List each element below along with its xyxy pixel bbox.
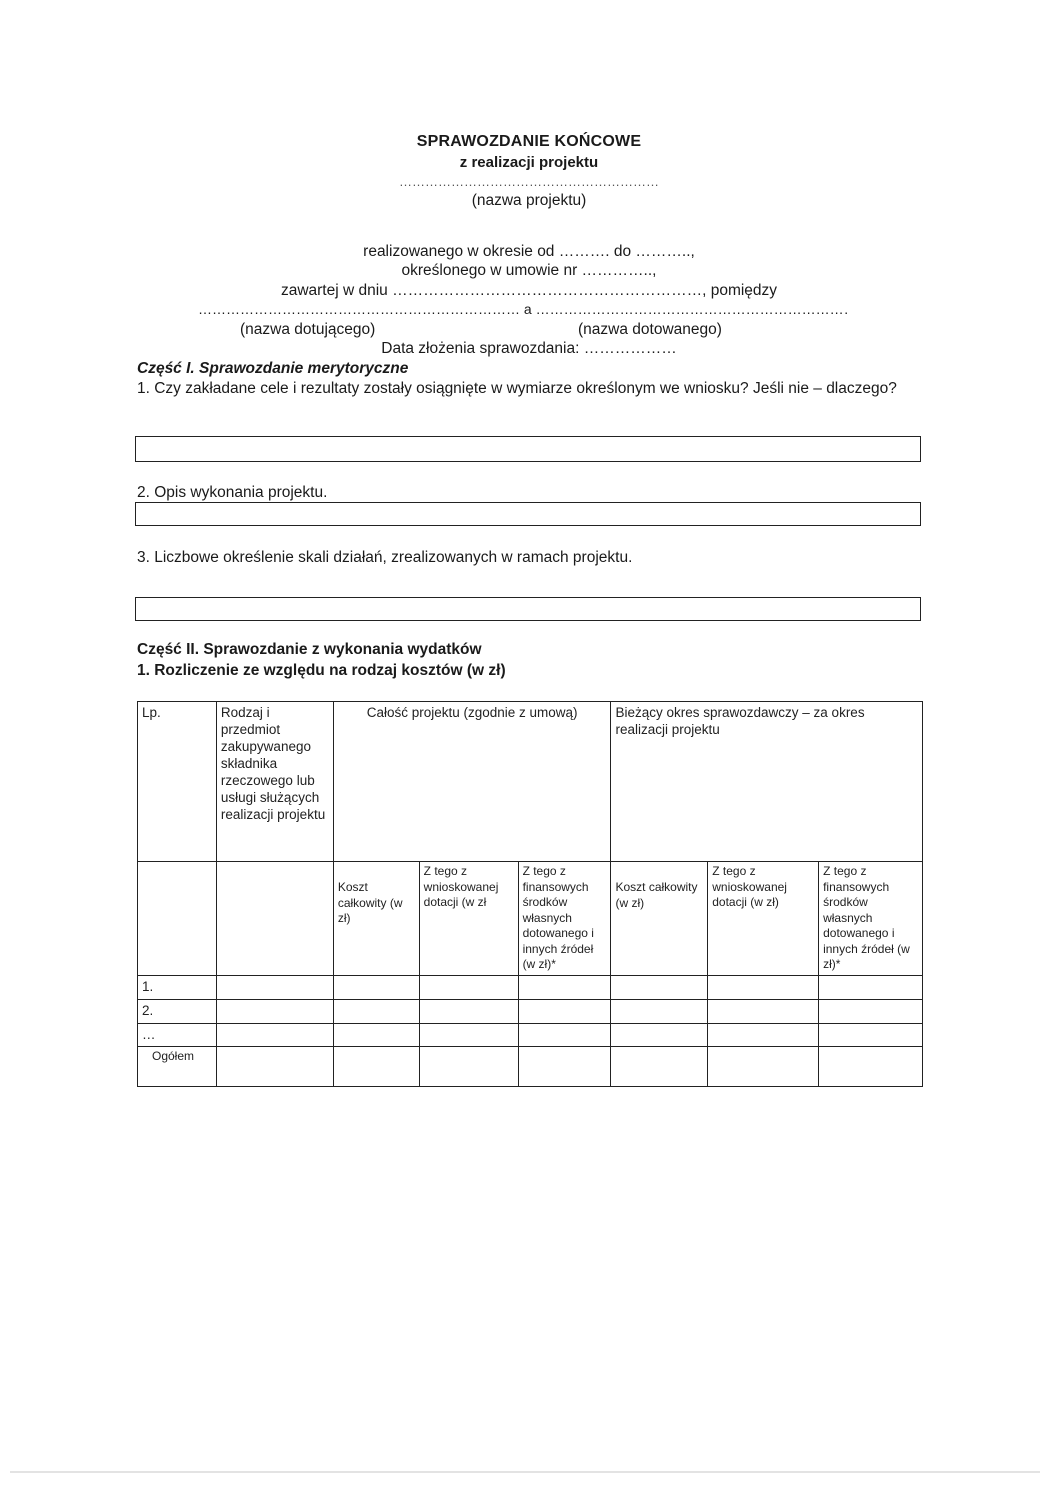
table-row: 2. — [138, 999, 923, 1023]
header-group-total: Całość projektu (zgodnie z umową) — [333, 702, 611, 862]
grantee-label: (nazwa dotowanego) — [578, 321, 722, 339]
answer-box-3[interactable] — [135, 597, 921, 621]
header-lp: Lp. — [138, 702, 217, 862]
project-name-label: (nazwa projektu) — [0, 192, 1058, 210]
header-current-grant: Z tego z wnioskowanej dotacji (w zł) — [708, 862, 819, 976]
part1-question-2: 2. Opis wykonania projektu. — [137, 484, 327, 502]
row-lp: 2. — [138, 999, 217, 1023]
header-total-cost: Koszt całkowity (w zł) — [333, 862, 419, 976]
part2-subheading: 1. Rozliczenie ze względu na rodzaj kosz… — [137, 662, 506, 680]
submission-date-line: Data złożenia sprawozdania: ……………… — [0, 340, 1058, 358]
document-subtitle: z realizacji projektu — [0, 154, 1058, 171]
header-current-cost: Koszt całkowity (w zł) — [611, 862, 708, 976]
contract-line: określonego w umowie nr ………….., — [0, 262, 1058, 280]
parties-line: …………………………………………………………… a ……………………………………… — [198, 301, 848, 317]
header-item-type: Rodzaj i przedmiot zakupywanego składnik… — [216, 702, 333, 862]
part1-question-1: 1. Czy zakładane cele i rezultaty został… — [137, 379, 927, 399]
row-total-label: Ogółem — [138, 1046, 217, 1086]
date-line: zawartej w dniu ……………………………………………………, po… — [0, 282, 1058, 300]
answer-box-1[interactable] — [135, 436, 921, 462]
row-lp: 1. — [138, 975, 217, 999]
part2-heading: Część II. Sprawozdanie z wykonania wydat… — [137, 641, 482, 659]
part1-heading: Część I. Sprawozdanie merytoryczne — [137, 360, 408, 378]
answer-box-2[interactable] — [135, 502, 921, 526]
table-row: … — [138, 1023, 923, 1046]
header-total-grant: Z tego z wnioskowanej dotacji (w zł — [419, 862, 518, 976]
table-header-row-2: Koszt całkowity (w zł) Z tego z wnioskow… — [138, 862, 923, 976]
part1-question-3: 3. Liczbowe określenie skali działań, zr… — [137, 549, 632, 567]
header-group-current: Bieżący okres sprawozdawczy – za okres r… — [611, 702, 923, 862]
page-edge-line — [10, 1471, 1040, 1473]
header-total-own: Z tego z finansowych środków własnych do… — [518, 862, 611, 976]
row-lp: … — [138, 1023, 217, 1046]
period-line: realizowanego w okresie od ………. do ………..… — [0, 243, 1058, 261]
costs-table: Lp. Rodzaj i przedmiot zakupywanego skła… — [137, 701, 923, 1087]
grantor-label: (nazwa dotującego) — [240, 321, 375, 339]
table-row: 1. — [138, 975, 923, 999]
document-title: SPRAWOZDANIE KOŃCOWE — [0, 133, 1058, 151]
header-current-own: Z tego z finansowych środków własnych do… — [819, 862, 923, 976]
project-name-field[interactable]: …………………………………………………… — [0, 174, 1058, 189]
table-row-total: Ogółem — [138, 1046, 923, 1086]
table-header-row-1: Lp. Rodzaj i przedmiot zakupywanego skła… — [138, 702, 923, 862]
